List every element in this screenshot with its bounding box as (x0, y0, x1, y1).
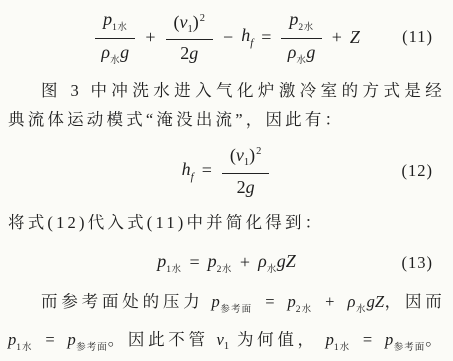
paragraph-2: 将式(12)代入式(11)中并简化得到： (8, 208, 445, 237)
var-g: g (306, 42, 315, 62)
subscript-1water: 1水 (334, 343, 350, 353)
term-p-refplane: p参考面 (385, 330, 425, 349)
coefficient-2: 2 (180, 43, 189, 63)
subscript-f: f (191, 171, 194, 183)
var-rho: ρ (258, 251, 267, 271)
var-p: p (67, 330, 75, 349)
term-head-loss-hf: hf (182, 159, 194, 183)
denominator: 2g (222, 174, 270, 199)
plus-operator: + (332, 27, 342, 48)
var-Z: Z (350, 27, 360, 48)
equation-12: hf = (v1)2 2g (12) (8, 142, 445, 200)
term-p1water: p1水 (326, 330, 351, 349)
term-p2water: p2水 (287, 292, 312, 311)
plus-operator: + (325, 292, 334, 311)
subscript-water: 水 (267, 265, 277, 275)
equals-operator: = (261, 27, 271, 48)
denominator: 2g (166, 40, 214, 65)
var-p: p (157, 251, 166, 271)
equation-12-body: hf = (v1)2 2g (182, 143, 272, 198)
var-Z: Z (375, 292, 384, 311)
term-head-loss-hf: hf (241, 25, 253, 49)
text-run: 。因此不管 (108, 330, 209, 349)
equation-number-12: (12) (402, 161, 434, 181)
text-run: 为何值， (237, 330, 318, 349)
equation-13-body: p1水 = p2水 + ρ水gZ (157, 251, 296, 275)
denominator: ρ水g (95, 39, 135, 68)
text-run: ，因而 (384, 292, 445, 311)
term-p-refplane: p参考面 (67, 330, 107, 349)
var-h: h (182, 159, 191, 179)
paragraph-1-line-2: 典流体运动模式“淹没出流”，因此有： (8, 105, 445, 134)
paragraph-3-line-1: 而参考面处的压力 p参考面 = p2水 + ρ水gZ，因而 (8, 287, 445, 325)
subscript-2water: 2水 (296, 305, 313, 315)
numerator: (v1)2 (222, 143, 270, 173)
paragraph-1-line-1: 图 3 中冲洗水进入气化炉激冷室的方式是经 (8, 76, 445, 105)
var-v: v (236, 145, 244, 165)
subscript-2water: 2水 (217, 265, 232, 275)
subscript-f: f (250, 37, 253, 49)
numerator: (v1)2 (166, 10, 214, 40)
superscript-2: 2 (256, 146, 261, 157)
subscript-refplane: 参考面 (393, 343, 425, 353)
subscript-water: 水 (296, 56, 306, 66)
fraction-p2water-over-rhog: p2水 ρ水g (281, 7, 321, 68)
subscript-1water: 1水 (112, 23, 127, 33)
plus-operator: + (240, 252, 250, 273)
var-p: p (326, 330, 334, 349)
minus-operator: − (223, 27, 233, 48)
numerator: p2水 (281, 7, 321, 39)
fraction-v1squared-over-2g: (v1)2 2g (222, 143, 270, 198)
text-run: 。 (425, 330, 445, 349)
subscript-refplane: 参考面 (220, 305, 252, 315)
subscript-1water: 1水 (16, 343, 32, 353)
term-v1: v1 (217, 330, 230, 349)
subscript-1water: 1水 (166, 265, 181, 275)
var-g: g (189, 43, 198, 63)
var-p: p (287, 292, 295, 311)
subscript-2water: 2水 (298, 23, 313, 33)
numerator: p1水 (95, 7, 135, 39)
term-p1water: p1水 (8, 330, 33, 349)
var-g: g (277, 251, 286, 271)
subscript-water: 水 (110, 56, 120, 66)
equation-number-13: (13) (402, 253, 434, 273)
var-p: p (103, 9, 112, 29)
equation-11: p1水 ρ水g + (v1)2 2g − hf = p2水 ρ水g + Z (1… (8, 7, 445, 68)
subscript-1: 1 (224, 341, 229, 352)
equation-13: p1水 = p2水 + ρ水gZ (13) (8, 245, 445, 281)
var-g: g (120, 42, 129, 62)
equals-operator: = (265, 292, 274, 311)
denominator: ρ水g (281, 39, 321, 68)
equation-number-11: (11) (402, 27, 433, 47)
plus-operator: + (145, 27, 155, 48)
paper-page: p1水 ρ水g + (v1)2 2g − hf = p2水 ρ水g + Z (1… (0, 0, 453, 361)
equals-operator: = (190, 252, 200, 273)
term-p2water: p2水 (208, 251, 232, 275)
var-p: p (212, 292, 220, 311)
var-v: v (180, 12, 188, 32)
var-g: g (246, 177, 255, 197)
subscript-refplane: 参考面 (76, 343, 108, 353)
text-run: 而参考面处的压力 (41, 292, 204, 311)
var-h: h (241, 25, 250, 45)
term-p-refplane: p参考面 (212, 292, 253, 311)
equals-operator: = (202, 160, 212, 181)
var-rho: ρ (101, 42, 110, 62)
var-v: v (217, 330, 224, 349)
equation-11-body: p1水 ρ水g + (v1)2 2g − hf = p2水 ρ水g + Z (93, 7, 360, 68)
paragraph-3-line-2: p1水 = p参考面。因此不管 v1 为何值， p1水 = p参考面。 (8, 325, 445, 361)
equals-operator: = (363, 330, 372, 349)
equals-operator: = (45, 330, 54, 349)
var-g: g (367, 292, 375, 311)
superscript-2: 2 (200, 13, 205, 24)
subscript-water: 水 (355, 305, 366, 315)
var-p: p (8, 330, 16, 349)
right-paren: ) (249, 145, 255, 165)
term-rho-water-gZ: ρ水gZ (258, 251, 296, 275)
var-p: p (208, 251, 217, 271)
coefficient-2: 2 (237, 177, 246, 197)
fraction-p1water-over-rhog: p1水 ρ水g (95, 7, 135, 68)
term-rho-water-gZ: ρ水gZ (347, 292, 384, 311)
fraction-v1squared-over-2g: (v1)2 2g (166, 10, 214, 65)
var-Z: Z (286, 251, 296, 271)
right-paren: ) (193, 12, 199, 32)
term-p1water: p1水 (157, 251, 181, 275)
